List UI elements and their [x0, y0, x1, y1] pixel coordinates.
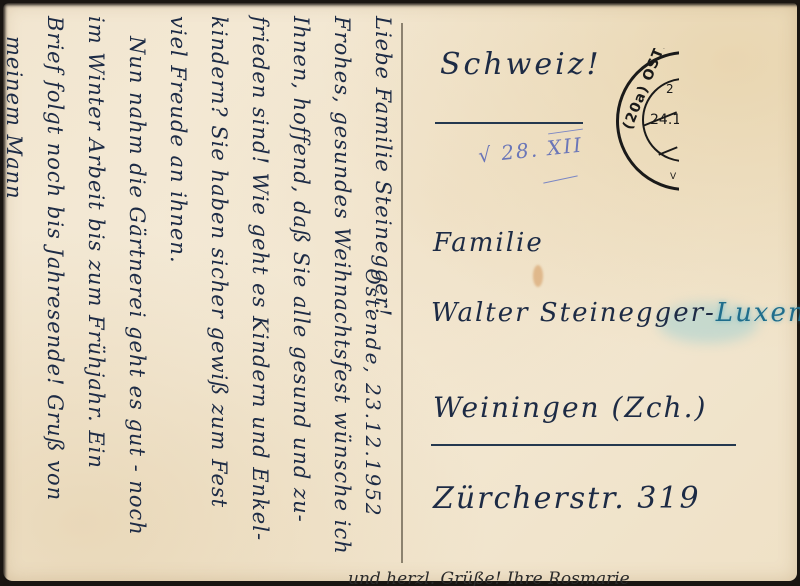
message-line: Frohes, gesundes Weihnachtsfest wünsche … — [321, 16, 362, 576]
center-divider — [401, 23, 403, 563]
message-line: Ihnen, hoffend, daß Sie alle gesund und … — [280, 16, 321, 576]
dateline: Ostende, 23.12.1952 — [361, 268, 385, 517]
message-line: meinem Mann — [0, 16, 34, 576]
message-line: im Winter Arbeit bis zum Frühjahr. Ein — [75, 16, 116, 576]
message-line: Nun nahm die Gärtnerei geht es gut - noc… — [116, 16, 157, 576]
recipient-city: Weiningen (Zch.) — [433, 391, 707, 424]
recipient-name-smudged: Luxenstein — [716, 298, 800, 328]
message-line: viel Freude an ihnen. — [157, 16, 198, 576]
pencil-annotation: √ 28. XII — [477, 133, 584, 168]
recipient-street: Zürcherstr. 319 — [433, 481, 701, 516]
message-line: Brief folgt noch bis Jahresende! Gruß vo… — [34, 16, 75, 576]
postmark-fragment: V — [670, 172, 676, 182]
recipient-name-part: Walter Steinegger- — [431, 298, 716, 328]
destination-country: Schweiz! — [440, 47, 602, 82]
signature: und herzl. Grüße! Ihre Rosmarie — [348, 569, 630, 586]
postmark-date: 24.1 — [650, 112, 679, 128]
message-line: frieden sind! Wie geht es Kindern und En… — [239, 16, 280, 576]
message-line: kindern? Sie haben sicher gewiß zum Fest — [198, 16, 239, 576]
postmark-stamp: (20a) OSTE 2 24.1 V — [614, 48, 764, 198]
underline — [431, 444, 736, 446]
paper-stain — [533, 265, 543, 287]
postmark-digit: 2 — [666, 82, 674, 96]
postmark-visible-half: (20a) OSTE 2 24.1 V — [614, 48, 679, 198]
recipient-name: Walter Steinegger-Luxenstein — [431, 298, 800, 328]
postcard: Liebe Familie Steinegger! Frohes, gesund… — [3, 3, 797, 581]
message-block: Liebe Familie Steinegger! Frohes, gesund… — [3, 16, 403, 576]
pencil-mark — [543, 175, 577, 183]
recipient-family: Familie — [433, 228, 544, 258]
underline — [435, 122, 583, 124]
